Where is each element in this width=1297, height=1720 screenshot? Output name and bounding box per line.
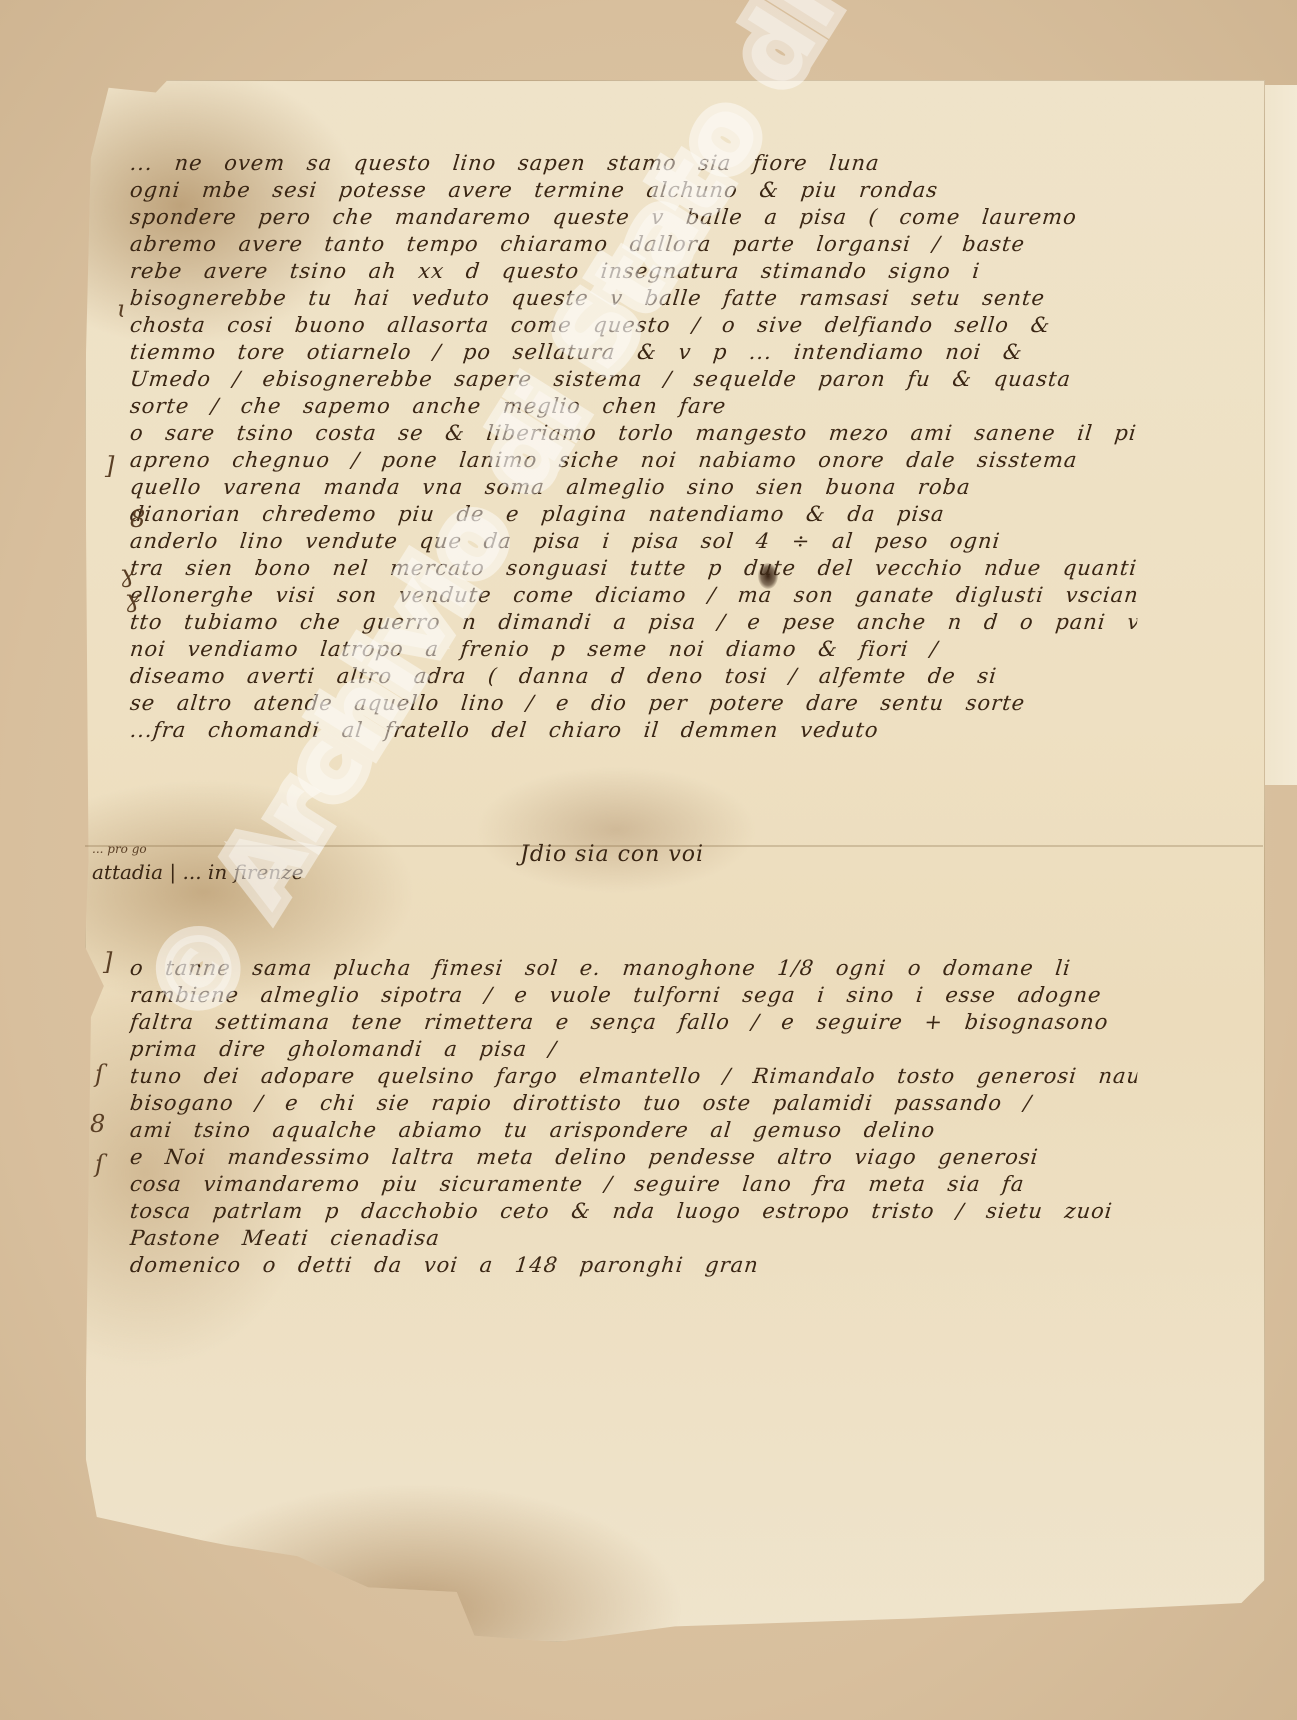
text-line: cosa vimandaremo piu sicuramente / segui… [129, 1171, 1139, 1198]
text-line: apreno chegnuo / pone lanimo siche noi n… [129, 447, 1139, 474]
text-line: bisogano / e chi sie rapio dirottisto tu… [129, 1090, 1139, 1117]
text-line: tuno dei adopare quelsino fargo elmantel… [129, 1063, 1139, 1090]
margin-mark: ɣ [120, 560, 134, 588]
margin-mark: ] [105, 452, 114, 480]
text-line: o tanne sama plucha fimesi sol e. manogh… [129, 955, 1139, 982]
margin-mark: 8 [90, 1110, 105, 1138]
text-line: dianorian chredemo piu de e plagina nate… [129, 501, 1139, 528]
margin-mark: ] [103, 948, 112, 976]
margin-mark: ſ [95, 1060, 104, 1088]
invocation-line: Jdio sia con voi [520, 842, 704, 867]
text-line: ellonerghe visi son vendute come diciamo… [129, 582, 1139, 609]
margin-mark: ɩ [117, 295, 126, 323]
text-line: tra sien bono nel mercato songuasi tutte… [129, 555, 1139, 582]
text-line: o sare tsino costa se & liberiamo torlo … [129, 420, 1139, 447]
margin-mark: 8 [130, 505, 145, 533]
text-line: e Noi mandessimo laltra meta delino pend… [129, 1144, 1139, 1171]
text-line: diseamo averti altro adra ( danna d deno… [129, 663, 1139, 690]
margin-mark: ſ [95, 1150, 104, 1178]
text-line: ami tsino aqualche abiamo tu arispondere… [129, 1117, 1139, 1144]
text-line: tto tubiamo che guerro n dimandi a pisa … [129, 609, 1139, 636]
text-line: Pastone Meati cienadisa [129, 1225, 1139, 1252]
address-note-superscript: ... pro go [92, 842, 147, 856]
text-line: quello varena manda vna soma almeglio si… [129, 474, 1139, 501]
lower-text-block: o tanne sama plucha fimesi sol e. manogh… [130, 955, 1137, 1279]
text-line: domenico o detti da voi a 148 paronghi g… [129, 1252, 1139, 1279]
text-line: prima dire gholomandi a pisa / [129, 1036, 1139, 1063]
text-line: rambiene almeglio sipotra / e vuole tulf… [129, 982, 1139, 1009]
text-line: sorte / che sapemo anche meglio chen far… [129, 393, 1139, 420]
text-line: se altro atende aquello lino / e dio per… [129, 690, 1139, 717]
text-line: noi vendiamo latropo a frenio p seme noi… [129, 636, 1139, 663]
text-line: faltra settimana tene rimettera e sença … [129, 1009, 1139, 1036]
text-line: tosca patrlam p dacchobio ceto & nda luo… [129, 1198, 1139, 1225]
margin-mark: ɣ [125, 585, 139, 613]
text-line: anderlo lino vendute que da pisa i pisa … [129, 528, 1139, 555]
